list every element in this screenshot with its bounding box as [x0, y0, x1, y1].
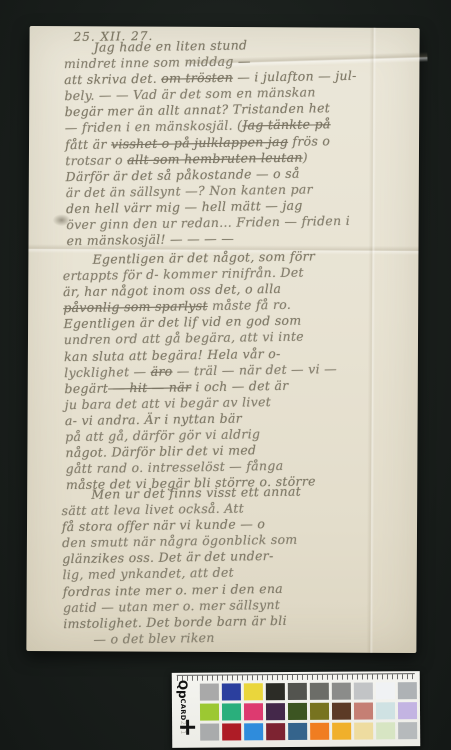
- color-patch: [354, 682, 373, 699]
- manuscript-page: 25. XII. 27. Jag hade en liten stundmind…: [26, 26, 419, 653]
- color-patch: [244, 723, 263, 740]
- color-patch: [288, 683, 307, 700]
- color-patch: [332, 723, 351, 740]
- ruler-scale: [177, 673, 415, 681]
- qpcard-color-reference: QpCARD201: [172, 671, 421, 748]
- color-patch: [288, 723, 307, 740]
- color-patch: [200, 684, 219, 701]
- color-patch: [332, 683, 351, 700]
- color-patch: [222, 703, 241, 720]
- color-patch: [310, 703, 329, 720]
- registration-cross-icon: [180, 720, 195, 735]
- color-patch: [310, 723, 329, 740]
- handwritten-paragraph: Egentligen är det något, som förrertappt…: [62, 247, 422, 494]
- color-patch: [266, 683, 285, 700]
- color-patch: [332, 703, 351, 720]
- color-patch: [376, 682, 395, 699]
- handwritten-paragraph: Jag hade en liten stundmindret inne som …: [64, 35, 423, 249]
- color-patch: [354, 702, 373, 719]
- color-patch: [376, 722, 395, 739]
- color-patch: [398, 682, 417, 699]
- qpcard-brand-text: Qp: [176, 680, 190, 699]
- color-patch: [398, 702, 417, 719]
- color-patch: [376, 702, 395, 719]
- color-patch: [200, 704, 219, 721]
- color-patch: [266, 703, 285, 720]
- color-patch: [244, 683, 263, 700]
- color-patch: [222, 723, 241, 740]
- color-patch: [266, 723, 285, 740]
- handwritten-line: — o det blev riken: [93, 627, 419, 648]
- color-patch-grid: [200, 682, 417, 741]
- photographed-manuscript-scene: 25. XII. 27. Jag hade en liten stundmind…: [0, 0, 451, 750]
- color-patch: [222, 683, 241, 700]
- color-patch: [288, 703, 307, 720]
- color-patch: [244, 703, 263, 720]
- color-patch: [200, 724, 219, 741]
- color-patch: [310, 683, 329, 700]
- color-patch: [398, 722, 417, 739]
- handwritten-paragraph: Men ur det finns visst ett annatsätt att…: [61, 482, 419, 648]
- qpcard-brand-suffix: CARD: [179, 699, 187, 721]
- color-patch: [354, 722, 373, 739]
